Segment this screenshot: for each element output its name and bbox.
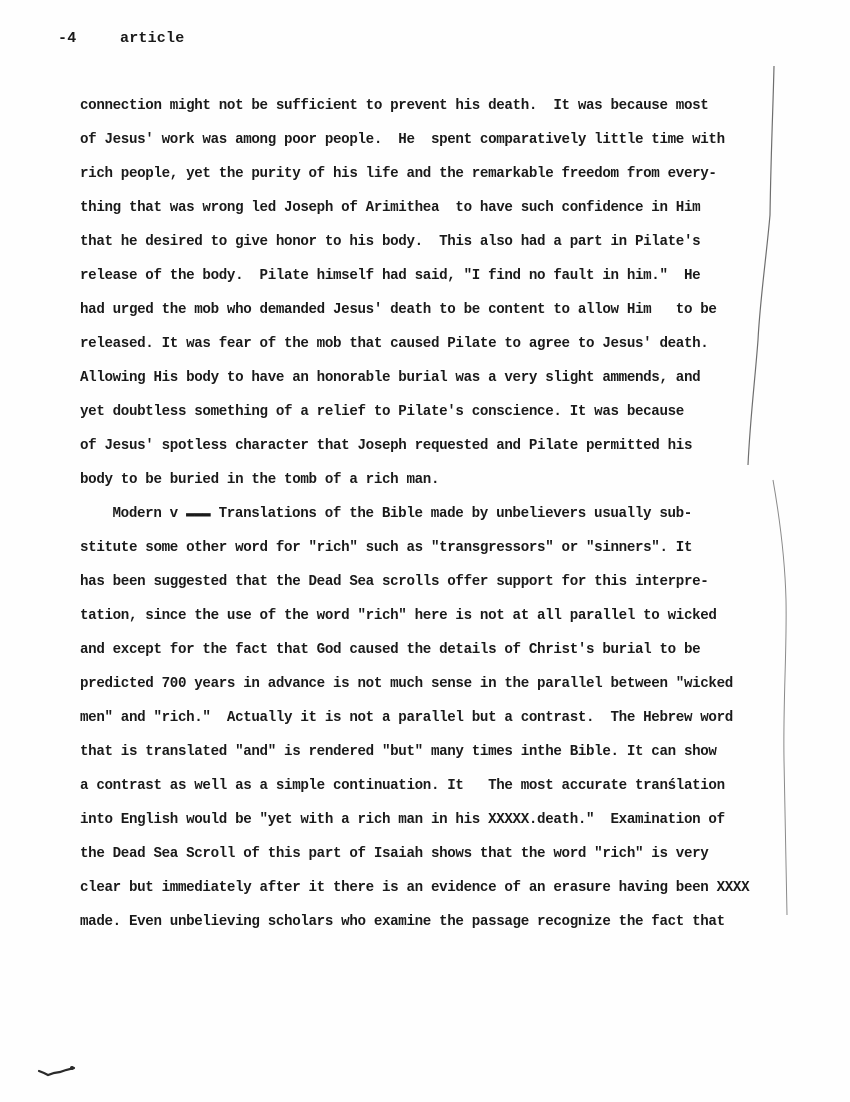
margin-line-mark: [0, 0, 850, 1102]
document-page: -4article connection might not be suffic…: [0, 0, 850, 1102]
ink-smudge: [30, 1060, 90, 1080]
